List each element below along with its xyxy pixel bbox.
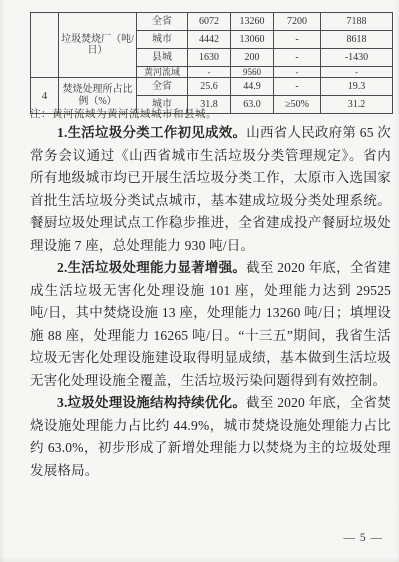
region-cell: 全省 [137, 13, 188, 31]
table-row: 4焚烧处理所占比例（%）全省25.644.9-19.3 [31, 78, 393, 96]
region-cell: 城市 [137, 31, 188, 49]
paragraph-2-lead: 2.生活垃圾处理能力显著增强。 [57, 260, 246, 275]
paragraph-3: 3.垃圾处理设施结构持续优化。截至 2020 年底，全省焚烧设施处理能力占比约 … [30, 392, 391, 482]
region-cell: 黄河流域 [137, 67, 188, 78]
row-number-cell [31, 13, 59, 78]
row-group-label-cell: 垃圾焚烧厂（吨/日） [59, 13, 137, 78]
value-cell: - [274, 31, 321, 49]
value-cell: 7200 [274, 13, 321, 31]
value-cell: - [274, 78, 321, 96]
value-cell: 7188 [321, 13, 393, 31]
statistics-table-body: 垃圾焚烧厂（吨/日）全省60721326072007188城市444213060… [31, 13, 393, 114]
value-cell: 8618 [321, 31, 393, 49]
region-cell: 全省 [137, 78, 188, 96]
value-cell: 19.3 [321, 78, 393, 96]
statistics-table: 垃圾焚烧厂（吨/日）全省60721326072007188城市444213060… [30, 12, 393, 114]
statistics-table-wrapper: 垃圾焚烧厂（吨/日）全省60721326072007188城市444213060… [30, 12, 392, 114]
paragraph-2-body: 截至 2020 年底，全省建成生活垃圾无害化处理设施 101 座，处理能力达到 … [30, 260, 391, 388]
value-cell: 25.6 [188, 78, 231, 96]
scanned-document-page: 垃圾焚烧厂（吨/日）全省60721326072007188城市444213060… [0, 0, 399, 562]
value-cell: - [321, 67, 393, 78]
value-cell: 13260 [231, 13, 274, 31]
value-cell: 1630 [188, 49, 231, 67]
value-cell: 6072 [188, 13, 231, 31]
value-cell: - [274, 49, 321, 67]
paragraph-1-body: 山西省人民政府第 65 次常务会议通过《山西省城市生活垃圾分类管理规定》。省内所… [30, 125, 391, 253]
paragraph-1: 1.生活垃圾分类工作初见成效。山西省人民政府第 65 次常务会议通过《山西省城市… [30, 122, 391, 257]
value-cell: 13060 [231, 31, 274, 49]
value-cell: 200 [231, 49, 274, 67]
table-row: 垃圾焚烧厂（吨/日）全省60721326072007188 [31, 13, 393, 31]
table-footnote: 注：黄河流域为黄河流域城市和县城。 [30, 106, 390, 121]
value-cell: 9560 [231, 67, 274, 78]
paragraph-1-lead: 1.生活垃圾分类工作初见成效。 [57, 125, 246, 140]
page-number: — 5 — [344, 532, 384, 544]
value-cell: 44.9 [231, 78, 274, 96]
region-cell: 县城 [137, 49, 188, 67]
value-cell: -1430 [321, 49, 393, 67]
paragraph-2: 2.生活垃圾处理能力显著增强。截至 2020 年底，全省建成生活垃圾无害化处理设… [30, 257, 391, 392]
value-cell: - [188, 67, 231, 78]
value-cell: - [274, 67, 321, 78]
value-cell: 4442 [188, 31, 231, 49]
body-text: 1.生活垃圾分类工作初见成效。山西省人民政府第 65 次常务会议通过《山西省城市… [30, 122, 391, 482]
paragraph-3-lead: 3.垃圾处理设施结构持续优化。 [57, 395, 246, 410]
